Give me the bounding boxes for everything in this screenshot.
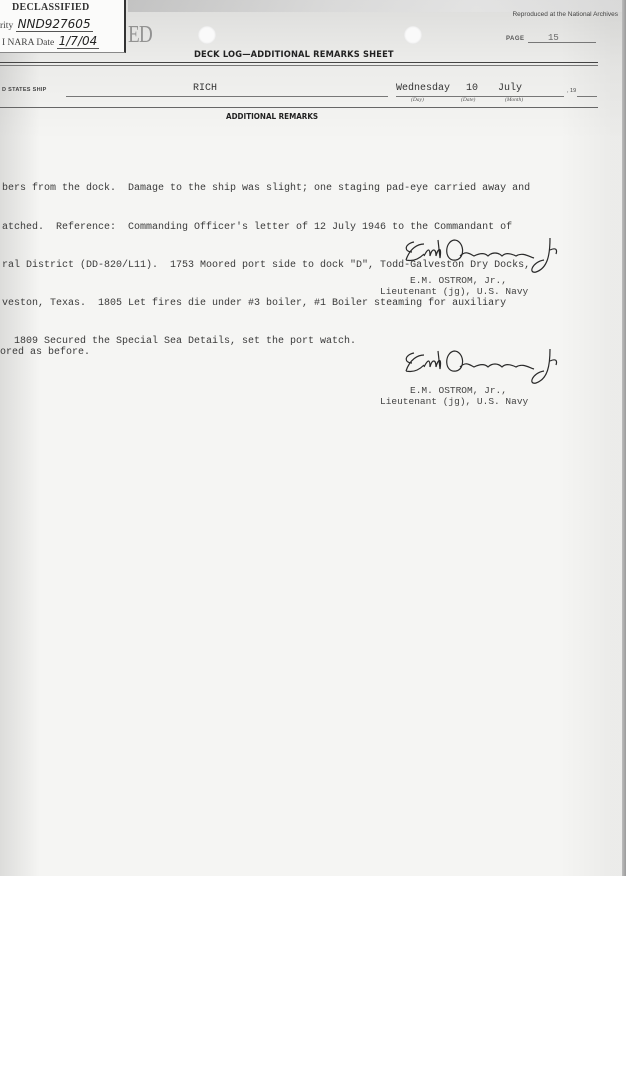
page-number: 15 — [548, 33, 559, 43]
stamp-title: DECLASSIFIED — [12, 2, 90, 13]
signature-2-name: E.M. OSTROM, Jr., — [410, 385, 507, 396]
date-caption: (Date) — [461, 97, 475, 103]
sheet-title: DECK LOG—ADDITIONAL REMARKS SHEET — [194, 50, 394, 60]
month-value: July — [498, 83, 522, 94]
signature-1-name: E.M. OSTROM, Jr., — [410, 275, 507, 286]
stamp-date-label: NARA Date — [8, 38, 55, 48]
scanned-deck-log-page: DECLASSIFIED rity NND927605 I NARA Date … — [0, 0, 626, 876]
ghost-stamp-text: ED — [128, 22, 152, 49]
stamp-authority-label: rity — [0, 21, 13, 31]
signature-1 — [400, 232, 600, 278]
declassified-stamp: DECLASSIFIED rity NND927605 I NARA Date … — [0, 0, 126, 53]
punch-hole — [198, 26, 216, 44]
stamp-date-value: 1/7/04 — [57, 34, 100, 49]
header-rule — [0, 62, 598, 63]
stamp-date: I NARA Date 1/7/04 — [2, 34, 120, 48]
page-label: PAGE — [506, 36, 525, 42]
date-value: 10 — [466, 83, 478, 94]
page-field-line — [528, 42, 596, 43]
handwritten-signature-icon — [400, 343, 600, 389]
stamp-date-prefix: I — [2, 38, 5, 48]
stamp-authority: rity NND927605 — [0, 17, 118, 31]
ship-label: D STATES SHIP — [2, 87, 47, 93]
punch-hole — [404, 26, 422, 44]
day-caption: (Day) — [411, 97, 424, 103]
day-value: Wednesday — [396, 83, 450, 94]
ship-name: RICH — [193, 83, 217, 94]
handwritten-signature-icon — [400, 232, 600, 278]
reproduced-note: Reproduced at the National Archives — [512, 11, 618, 18]
second-entry: ored as before. — [0, 347, 90, 358]
remarks-line: veston, Texas. 1805 Let fires die under … — [2, 298, 530, 311]
ship-field-line — [66, 96, 388, 97]
stamp-authority-value: NND927605 — [16, 17, 93, 32]
month-caption: (Month) — [505, 97, 523, 103]
signature-2 — [400, 343, 600, 389]
signature-2-rank: Lieutenant (jg), U.S. Navy — [380, 396, 528, 407]
signature-1-rank: Lieutenant (jg), U.S. Navy — [380, 286, 528, 297]
year-field-line — [577, 96, 597, 97]
ship-section-rule — [0, 107, 598, 108]
remarks-line: bers from the dock. Damage to the ship w… — [2, 183, 530, 196]
year-prefix: , 19 — [567, 88, 576, 94]
header-rule — [0, 65, 598, 66]
section-title: ADDITIONAL REMARKS — [226, 112, 318, 121]
